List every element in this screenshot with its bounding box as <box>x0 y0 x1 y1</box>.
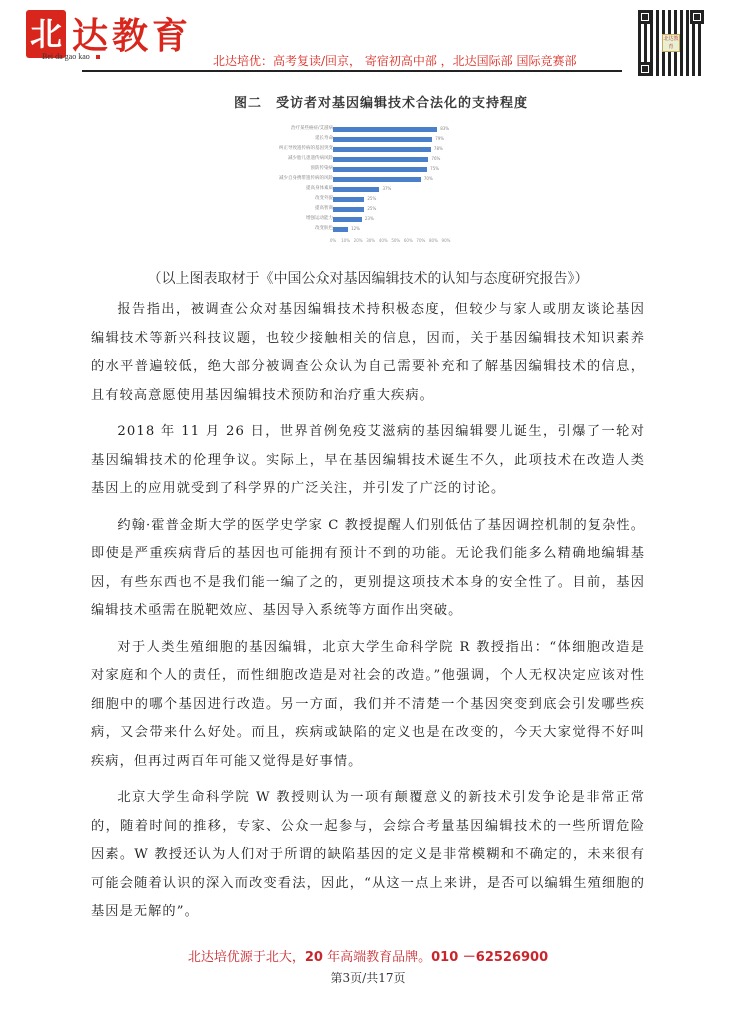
chart-bar-row: 提高身体素质37% <box>226 184 546 194</box>
logo-mark: 北 <box>26 10 66 58</box>
bar-value-label: 75% <box>430 164 439 174</box>
header-divider <box>82 70 622 72</box>
chart-bar <box>333 187 379 192</box>
chart-bar-row: 改变肤色12% <box>226 224 546 234</box>
qr-finder-icon <box>638 62 652 76</box>
chart-bar <box>333 177 421 182</box>
chart-bar <box>333 127 437 132</box>
footer-slogan: 北达培优源于北大，20 年高端教育品牌。010 －62526900 <box>0 946 736 965</box>
logo-subtitle-text: Bei da gao kao <box>42 52 90 61</box>
bar-category-label: 纠正导致遗传病的基因突变 <box>233 144 333 154</box>
bar-category-label: 延长寿命 <box>233 134 333 144</box>
header-tagline: 北达培优：高考复读/回京， 寄宿初高中部 ，北达国际部 国际竞赛部 <box>213 52 577 69</box>
footer-slogan-part1: 北达培优源于北大， <box>188 950 305 965</box>
x-tick-label: 70% <box>416 238 425 243</box>
brand-logo: 北 达教育 <box>26 10 192 58</box>
paragraph: 对于人类生殖细胞的基因编辑，北京大学生命科学院 R 教授指出：“体细胞改造是对家… <box>91 634 645 777</box>
bar-value-label: 78% <box>434 144 443 154</box>
paragraph: 报告指出，被调查公众对基因编辑技术持积极态度，但较少与家人或朋友谈论基因编辑技术… <box>91 296 645 410</box>
chart-bar-row: 增强运动能力23% <box>226 214 546 224</box>
qr-finder-icon <box>690 10 704 24</box>
logo-subtitle: Bei da gao kao <box>42 52 100 61</box>
bar-value-label: 25% <box>367 194 376 204</box>
x-axis: 0%10%20%30%40%50%60%70%80%90% <box>333 238 453 246</box>
red-square-icon <box>96 55 100 59</box>
x-tick-label: 90% <box>442 238 451 243</box>
footer-years: 20 <box>305 950 323 965</box>
chart-bar-row: 纠正导致遗传病的基因突变78% <box>226 144 546 154</box>
chart-bar <box>333 207 364 212</box>
chart-bar-row: 延长寿命79% <box>226 134 546 144</box>
bar-category-label: 改变肤色 <box>233 224 333 234</box>
x-tick-label: 80% <box>429 238 438 243</box>
chart-title: 图二受访者对基因编辑技术合法化的支持程度 <box>234 92 528 111</box>
bar-category-label: 预防传染病 <box>233 164 333 174</box>
chart-bar <box>333 157 428 162</box>
bar-category-label: 增强运动能力 <box>233 214 333 224</box>
chart-bar-row: 减少自身携带遗传病的风险70% <box>226 174 546 184</box>
chart-bar-row: 预防传染病75% <box>226 164 546 174</box>
bar-value-label: 76% <box>431 154 440 164</box>
x-tick-label: 50% <box>391 238 400 243</box>
bar-value-label: 37% <box>382 184 391 194</box>
page-header: 北 达教育 Bei da gao kao 北达培优：高考复读/回京， 寄宿初高中… <box>0 0 736 90</box>
chart-bar-row: 治疗某些癌症/艾滋病83% <box>226 124 546 134</box>
chart-bar-row: 改变外貌25% <box>226 194 546 204</box>
bar-category-label: 减少胎儿患遗传病风险 <box>233 154 333 164</box>
chart-bar <box>333 227 348 232</box>
x-tick-label: 60% <box>404 238 413 243</box>
chart-bar <box>333 217 362 222</box>
bar-chart: 图二受访者对基因编辑技术合法化的支持程度 治疗某些癌症/艾滋病83%延长寿命79… <box>226 88 546 248</box>
x-tick-label: 0% <box>330 238 336 243</box>
paragraph: 2018 年 11 月 26 日，世界首例免疫艾滋病的基因编辑婴儿诞生，引爆了一… <box>91 418 645 504</box>
x-tick-label: 10% <box>341 238 350 243</box>
chart-plot-area: 治疗某些癌症/艾滋病83%延长寿命79%纠正导致遗传病的基因突变78%减少胎儿患… <box>226 124 546 234</box>
footer-slogan-part2: 年高端教育品牌。 <box>323 950 431 965</box>
chart-caption: （以上图表取材于《中国公众对基因编辑技术的认知与态度研究报告》） <box>0 268 736 288</box>
qr-center-logo: 北达教育 <box>662 34 680 52</box>
bar-category-label: 减少自身携带遗传病的风险 <box>233 174 333 184</box>
paragraph: 北京大学生命科学院 W 教授则认为一项有颠覆意义的新技术引发争论是非常正常的，随… <box>91 784 645 927</box>
bar-category-label: 改变外貌 <box>233 194 333 204</box>
chart-bar <box>333 197 364 202</box>
chart-bar-row: 提高智商25% <box>226 204 546 214</box>
bar-category-label: 提高身体素质 <box>233 184 333 194</box>
chart-bar <box>333 137 432 142</box>
chart-bar-row: 减少胎儿患遗传病风险76% <box>226 154 546 164</box>
qr-finder-icon <box>638 10 652 24</box>
bar-value-label: 25% <box>367 204 376 214</box>
page-indicator: 第3页/共17页 <box>0 969 736 986</box>
bar-value-label: 83% <box>440 124 449 134</box>
chart-title-text: 受访者对基因编辑技术合法化的支持程度 <box>276 96 528 111</box>
paragraph: 约翰·霍普金斯大学的医学史学家 C 教授提醒人们别低估了基因调控机制的复杂性。即… <box>91 512 645 626</box>
x-tick-label: 40% <box>379 238 388 243</box>
bar-category-label: 治疗某些癌症/艾滋病 <box>233 124 333 134</box>
bar-category-label: 提高智商 <box>233 204 333 214</box>
bar-value-label: 79% <box>435 134 444 144</box>
bar-value-label: 70% <box>424 174 433 184</box>
chart-bar <box>333 147 431 152</box>
bar-value-label: 12% <box>351 224 360 234</box>
figure-label: 图二 <box>234 96 262 111</box>
chart-bar <box>333 167 427 172</box>
qr-code-icon: 北达教育 <box>638 10 704 76</box>
bar-value-label: 23% <box>365 214 374 224</box>
x-tick-label: 30% <box>366 238 375 243</box>
x-tick-label: 20% <box>354 238 363 243</box>
footer-phone: 010 －62526900 <box>431 950 548 965</box>
article-body: 报告指出，被调查公众对基因编辑技术持积极态度，但较少与家人或朋友谈论基因编辑技术… <box>91 296 645 935</box>
